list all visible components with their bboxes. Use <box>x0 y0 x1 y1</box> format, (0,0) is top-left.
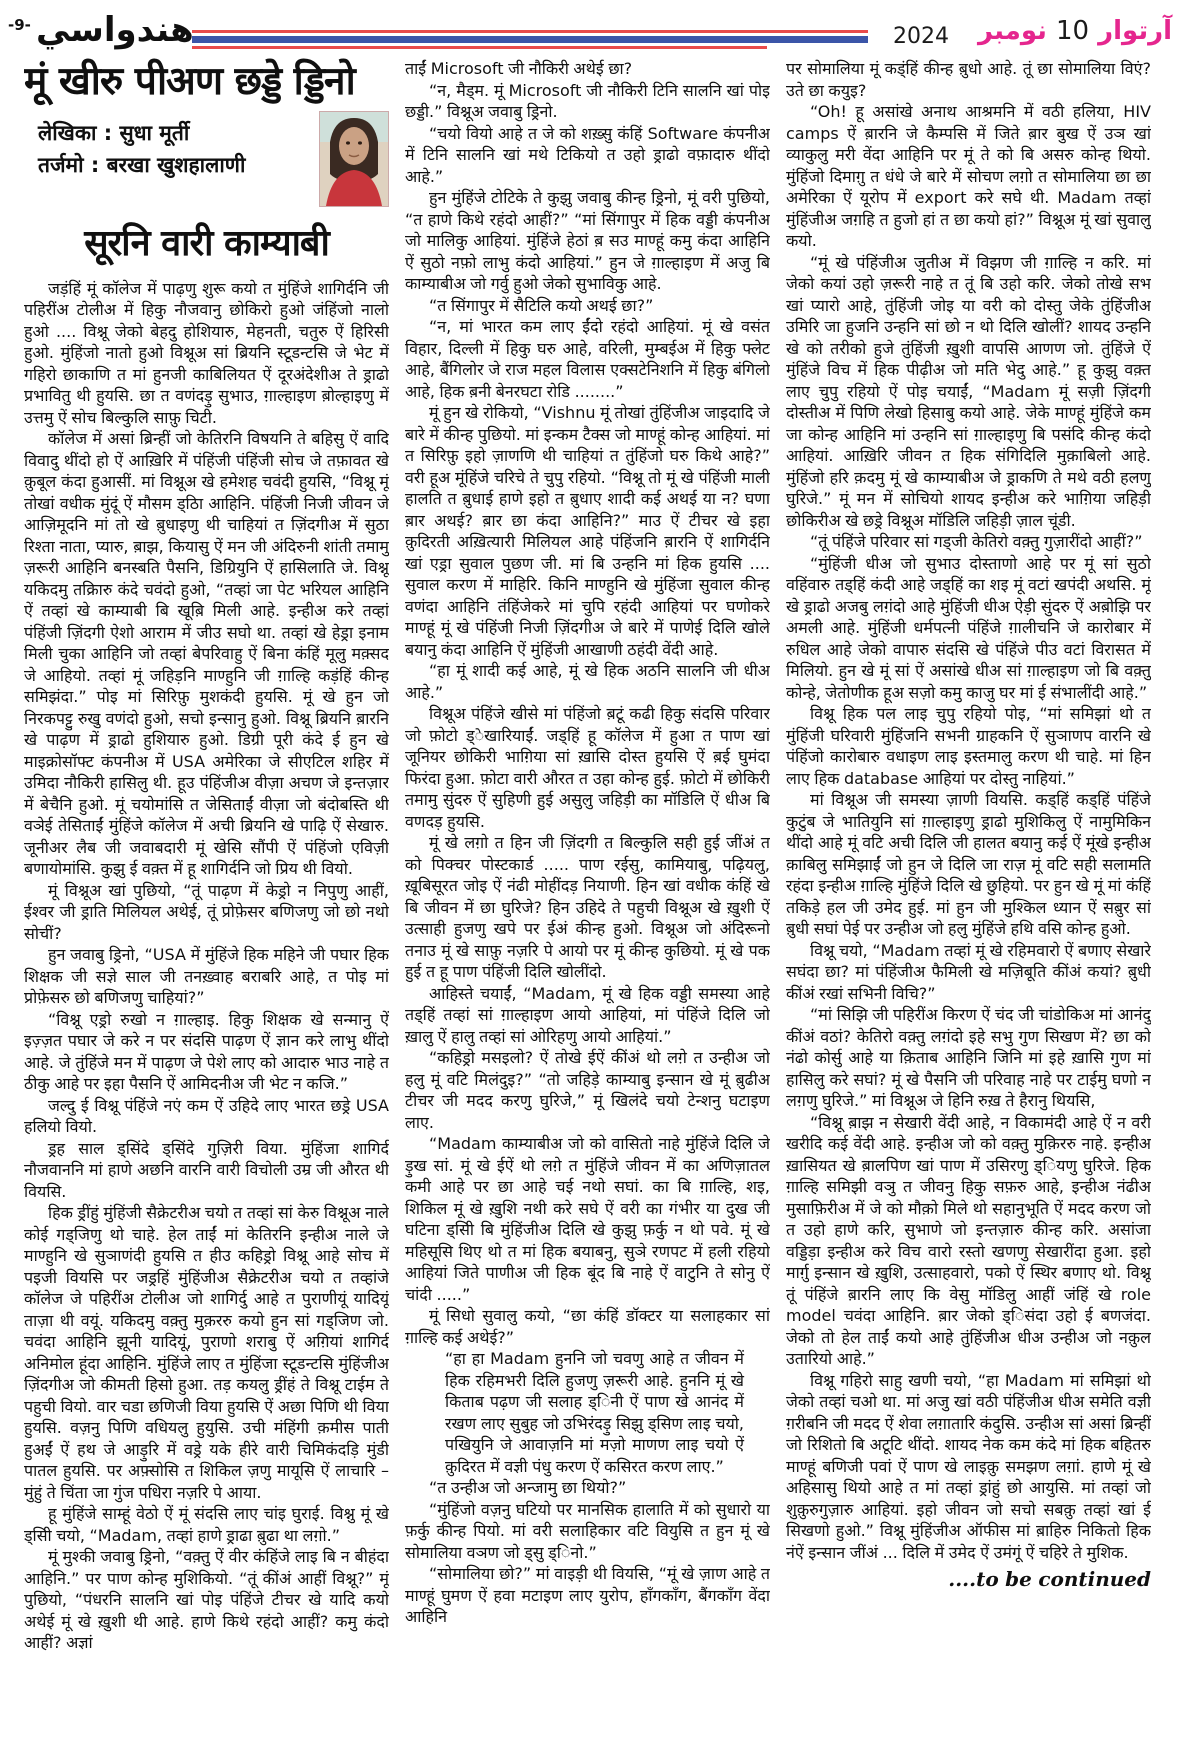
column-2-paragraphs: ताईं Microsoft जी नौकिरी अथेई छा?“न, मैड… <box>405 58 770 1628</box>
column-3-paragraphs: पर सोमालिया मूं कड्ंहिं कीन्ह ब़ुधो आहे.… <box>786 58 1151 1591</box>
header-rules <box>192 30 868 49</box>
body-paragraph: “Oh! हू असांखे अनाथ आश्रमनि में वठी हलिय… <box>786 101 1151 252</box>
body-paragraph: मां विश्नूअ जी समस्या ज़ाणी वियसि. कड्हि… <box>786 789 1151 940</box>
body-paragraph: “हा मूं शादी कई आहे, मूं खे हिक अठनि साल… <box>405 660 770 703</box>
body-paragraph: “न, मां भारत कम लाए ईंदो रहंदो आहियां. म… <box>405 316 770 402</box>
body-paragraph: “चयो वियो आहे त जे को शख़्सु कंहिं Softw… <box>405 123 770 188</box>
date-day-name: آرتوار <box>1098 16 1172 46</box>
body-paragraph: ताईं Microsoft जी नौकिरी अथेई छा? <box>405 58 770 80</box>
body-paragraph: मूं खे लग़ो त हिन जी ज़िंदगी त बिल्कुलि … <box>405 832 770 983</box>
article-body: मूं खीरु पीअण छड्डे ड्डिनो लेखिका : सुधा… <box>0 56 1180 1744</box>
column-1-paragraphs: जड़ंहिं मूं कॉलेज में पाढ़णु शुरू कयो त … <box>24 278 389 1654</box>
body-paragraph: “हा हा Madam हुननि जो चवणु आहे त जीवन मे… <box>445 1348 744 1477</box>
body-paragraph: विश्नूअ पंहिंजे खीसे मां पंहिंजो ब़टूं क… <box>405 703 770 832</box>
column-1: मूं खीरु पीअण छड्डे ड्डिनो लेखिका : सुधा… <box>24 58 389 1744</box>
date-month: نومبر <box>978 16 1047 46</box>
body-paragraph: “विश्नू एड्रो रुखो न ग़ाल्हाइ. हिकु शिक्… <box>24 1009 389 1095</box>
body-paragraph: “मूं खे पंहिंजीअ जुतीअ में विझण जी ग़ाल्… <box>786 252 1151 532</box>
body-paragraph: हिक ड्रींहुं मुंहिंजी सैक्रेटरीअ चयो त त… <box>24 1202 389 1503</box>
body-paragraph: हुन जवाबु ड्रिनो, “USA में मुंहिंजे हिक … <box>24 944 389 1009</box>
body-paragraph: आहिस्ते चयाईं, “Madam, मूं खे हिक वड्डी … <box>405 983 770 1048</box>
date-arabic: آرتوار 10 نومبر <box>978 16 1172 46</box>
body-paragraph: “कहिड्रो मसइलो? ऐं तोखे ईऐं कींअं थो लग़… <box>405 1047 770 1133</box>
body-paragraph: पर सोमालिया मूं कड्ंहिं कीन्ह ब़ुधो आहे.… <box>786 58 1151 101</box>
portrait-illustration <box>320 112 388 206</box>
translator-photo <box>319 111 389 207</box>
section-heading: सूरनि वारी काम्याबी <box>24 217 389 266</box>
body-paragraph: मूं मुश्की जवाबु ड्रिनो, “वक़्तु ऐं वीर … <box>24 1546 389 1654</box>
body-paragraph: “त सिंगापुर में सैटिलि कयो अथई छा?” <box>405 295 770 317</box>
red-rule-bottom <box>192 46 767 49</box>
body-paragraph: मूं विश्नूअ खां पुछियो, “तूं पाढ़ण में क… <box>24 880 389 945</box>
body-paragraph: “Madam काम्याबीअ जो को वासितो नाहे मुंहि… <box>405 1133 770 1305</box>
body-paragraph: मूं सिधो सुवालु कयो, “छा कंहिं डॉक्टर या… <box>405 1305 770 1348</box>
body-paragraph: कॉलेज में असां ब्रिन्हीं जो केतिरनि विषय… <box>24 428 389 880</box>
body-paragraph: जल्दु ई विश्नू पंहिंजे नएं कम ऐं उहिदे ल… <box>24 1095 389 1138</box>
masthead-arabic: هندواسي <box>36 10 194 50</box>
body-paragraph: विश्नू हिक पल लाइ चुपु रहियो पोइ, “मां स… <box>786 703 1151 789</box>
body-paragraph: “विश्नू ब़ाझ न सेखारी वेंदी आहे, न विकाम… <box>786 1112 1151 1370</box>
body-paragraph: ड्रह साल ड्सिंदे ड्सिंदे गुज़िरी विया. म… <box>24 1138 389 1203</box>
body-paragraph: “त उन्हीअ जो अन्जामु छा थियो?” <box>405 1477 770 1499</box>
page-number: -9- <box>8 16 31 34</box>
column-3: पर सोमालिया मूं कड्ंहिं कीन्ह ब़ुधो आहे.… <box>786 58 1151 1744</box>
body-paragraph: “मुंहिंजो वज़नु घटियो पर मानसिक हालाति म… <box>405 1499 770 1564</box>
body-paragraph: हुन मुंहिंजे टोटिके ते कुझु जवाबु कीन्ह … <box>405 187 770 295</box>
article-title: मूं खीरु पीअण छड्डे ड्डिनो <box>24 60 389 105</box>
byline-text: लेखिका : सुधा मूर्ती तर्जमो : बरखा खुशहा… <box>38 111 309 182</box>
translator-line: तर्जमो : बरखा खुशहालाणी <box>38 149 309 182</box>
body-paragraph: मूं हुन खे रोकियो, “Vishnu मूं तोखां तुं… <box>405 402 770 660</box>
body-paragraph: हू मुंहिंजे साम्हूं वेठो ऐं मूं संदसि ला… <box>24 1503 389 1546</box>
red-rule-top <box>192 30 868 33</box>
author-line: लेखिका : सुधा मूर्ती <box>38 117 309 150</box>
blue-rule <box>192 36 868 43</box>
body-paragraph: “मुंहिंजी धीअ जो सुभाउ दोस्ताणो आहे पर म… <box>786 553 1151 704</box>
body-paragraph: विश्नू चयो, “Madam तव्हां मूं खे रहिमवार… <box>786 940 1151 1005</box>
body-paragraph: “तूं पंहिंजे परिवार सां गड्जी केतिरो वक़… <box>786 531 1151 553</box>
body-paragraph: विश्नू गहिरो साहु खणी चयो, “हा Madam मां… <box>786 1370 1151 1564</box>
body-paragraph: “मां सिझि जी पहिरींअ किरण ऐं चंद जी चांड… <box>786 1004 1151 1112</box>
byline-block: लेखिका : सुधा मूर्ती तर्जमो : बरखा खुशहा… <box>38 111 389 207</box>
date-year: 2024 <box>893 24 949 49</box>
column-2: ताईं Microsoft जी नौकिरी अथेई छा?“न, मैड… <box>405 58 770 1744</box>
body-paragraph: “सोमालिया छो?” मां वाइड़ी थी वियसि, “मूं… <box>405 1563 770 1628</box>
body-paragraph: “न, मैड्म. मूं Microsoft जी नौकिरी टिनि … <box>405 80 770 123</box>
body-paragraph: ....to be continued <box>786 1569 1151 1591</box>
date-day-number: 10 <box>1056 16 1089 46</box>
page-header: -9- هندواسي 2024 آرتوار 10 نومبر <box>0 0 1180 56</box>
body-paragraph: जड़ंहिं मूं कॉलेज में पाढ़णु शुरू कयो त … <box>24 278 389 429</box>
newspaper-page: -9- هندواسي 2024 آرتوار 10 نومبر मूं खीर… <box>0 0 1180 1744</box>
